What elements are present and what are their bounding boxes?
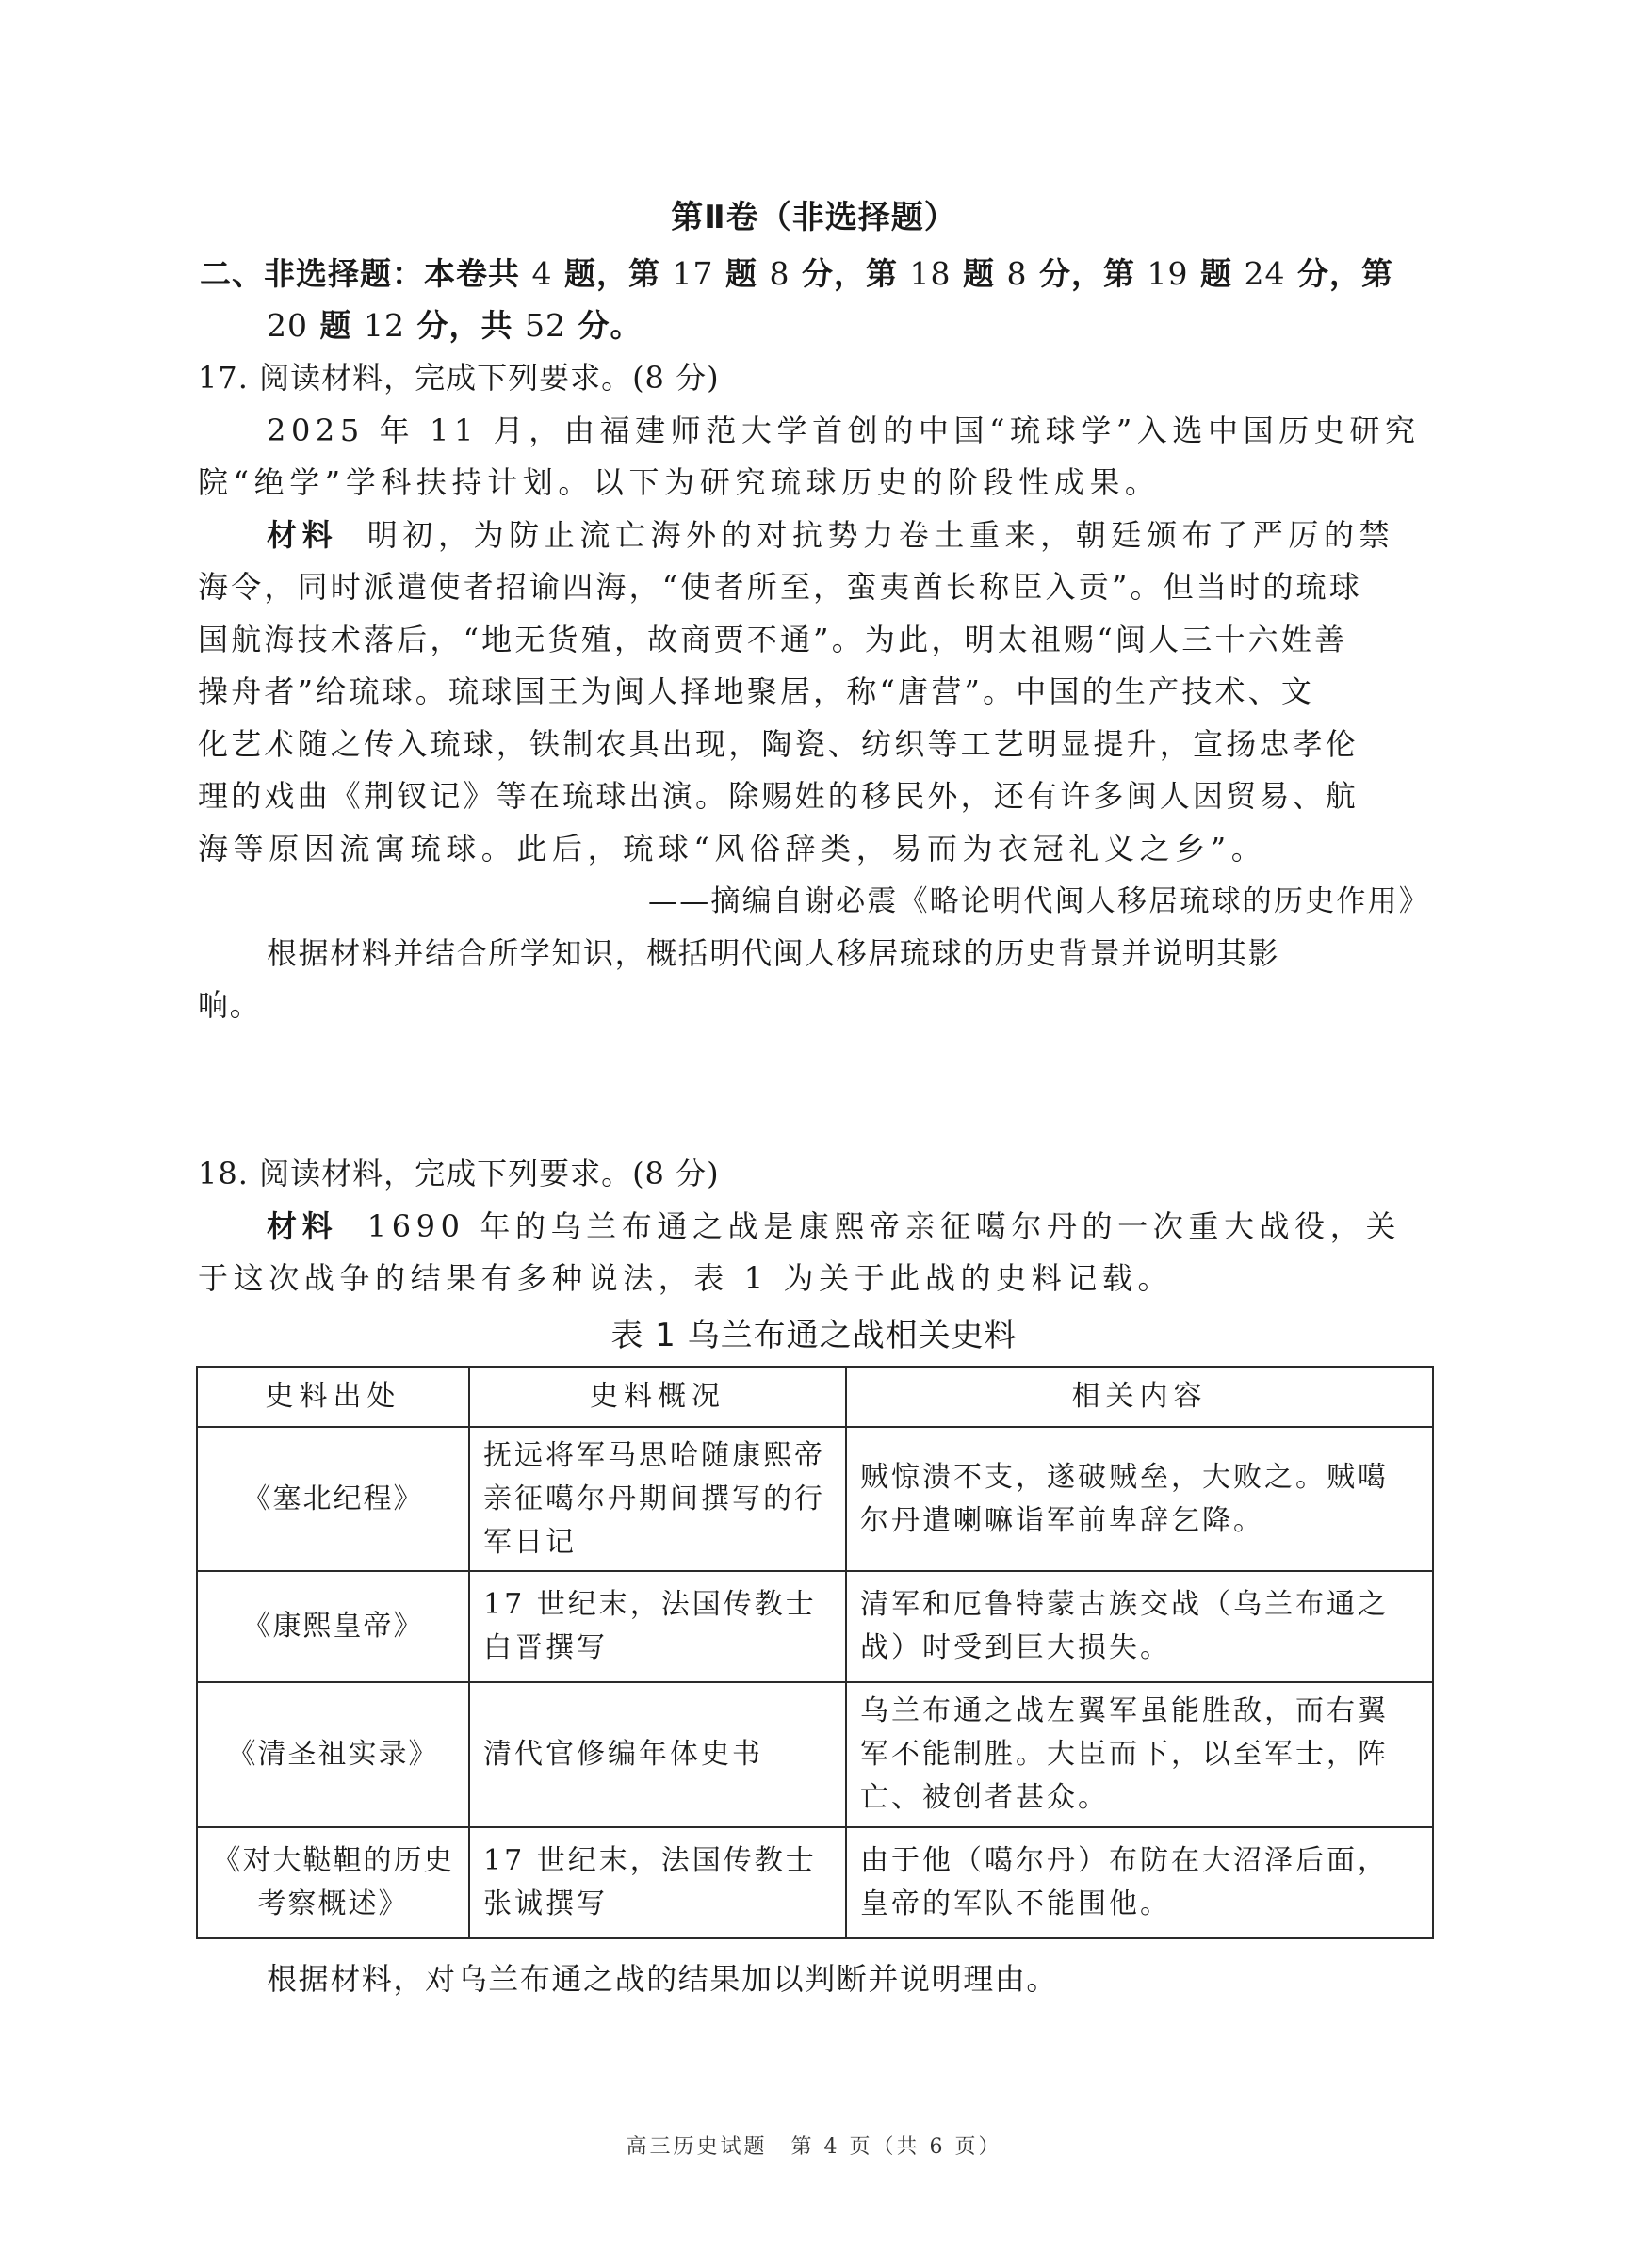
table-title: 表 1 乌兰布通之战相关史料 — [0, 1309, 1628, 1355]
instr-text: 二、非选择题：本卷共 — [200, 255, 520, 292]
section-title: 第Ⅱ卷（非选择题） — [0, 191, 1628, 237]
instr-text: 分，第 — [1297, 255, 1393, 292]
instr-number: 24 — [1245, 255, 1286, 292]
q17-prompt-line: 根据材料并结合所学知识，概括明代闽人移居琉球的历史背景并说明其影 — [267, 930, 1279, 973]
cell-overview: 清代官修编年体史书 — [469, 1682, 846, 1827]
historical-sources-table: 史料出处 史料概况 相关内容 《塞北纪程》 抚远将军马思哈随康熙帝亲征噶尔丹期间… — [196, 1366, 1434, 1939]
q17-material-line: 海令，同时派遣使者招谕四海，“使者所至，蛮夷酋长称臣入贡”。但当时的琉球 — [198, 563, 1362, 607]
instr-text: 分，第 — [802, 255, 898, 292]
material-label: 材料 — [267, 517, 337, 553]
q18-header: 18. 阅读材料，完成下列要求。(8 分) — [198, 1150, 720, 1193]
cell-content: 贼惊溃不支，遂破贼垒，大败之。贼噶尔丹遣喇嘛诣军前卑辞乞降。 — [846, 1427, 1433, 1571]
exam-page: 第Ⅱ卷（非选择题） 二、非选择题：本卷共 4 题，第 17 题 8 分，第 18… — [0, 0, 1628, 2268]
cell-content: 乌兰布通之战左翼军虽能胜敌，而右翼军不能制胜。大臣而下，以至军士，阵亡、被创者甚… — [846, 1682, 1433, 1827]
cell-overview: 17 世纪末，法国传教士白晋撰写 — [469, 1571, 846, 1682]
instr-text: 题 — [963, 255, 995, 292]
instr-text: 分，共 — [417, 307, 513, 344]
instr-number: 4 — [532, 255, 553, 292]
q17-material-line: 理的戏曲《荆钗记》等在琉球出演。除赐姓的移民外，还有许多闽人因贸易、航 — [198, 772, 1359, 816]
q17-intro-line: 院“绝学”学科扶持计划。以下为研究琉球历史的阶段性成果。 — [198, 459, 1161, 502]
page-footer: 高三历史试题 第 4 页（共 6 页） — [0, 2130, 1628, 2160]
instr-number: 18 — [910, 255, 952, 292]
cell-source: 《对大鞑靼的历史考察概述》 — [197, 1827, 469, 1938]
instr-text: 题 — [725, 255, 757, 292]
cell-source: 《康熙皇帝》 — [197, 1571, 469, 1682]
q17-prompt-line: 响。 — [198, 981, 261, 1025]
header-overview: 史料概况 — [469, 1367, 846, 1427]
q17-material-line: 国航海技术落后，“地无货殖，故商贾不通”。为此，明太祖赐“闽人三十六姓善 — [198, 616, 1347, 659]
cell-overview: 抚远将军马思哈随康熙帝亲征噶尔丹期间撰写的行军日记 — [469, 1427, 846, 1571]
q17-header: 17. 阅读材料，完成下列要求。(8 分) — [198, 354, 720, 397]
instr-text: 分，第 — [1039, 255, 1135, 292]
table-row: 《康熙皇帝》 17 世纪末，法国传教士白晋撰写 清军和厄鲁特蒙古族交战（乌兰布通… — [197, 1571, 1433, 1682]
cell-overview: 17 世纪末，法国传教士张诚撰写 — [469, 1827, 846, 1938]
instr-number: 8 — [770, 255, 790, 292]
instructions-line-2: 20 题 12 分，共 52 分。 — [267, 301, 643, 346]
instr-text: 题，第 — [564, 255, 660, 292]
instr-text: 题 — [320, 307, 352, 344]
instr-number: 19 — [1148, 255, 1189, 292]
cell-source: 《塞北纪程》 — [197, 1427, 469, 1571]
table-row: 《塞北纪程》 抚远将军马思哈随康熙帝亲征噶尔丹期间撰写的行军日记 贼惊溃不支，遂… — [197, 1427, 1433, 1571]
q17-material-line: 海等原因流寓琉球。此后，琉球“风俗辞类，易而为衣冠礼义之乡”。 — [198, 825, 1266, 868]
q18-prompt: 根据材料，对乌兰布通之战的结果加以判断并说明理由。 — [267, 1955, 1058, 1999]
instr-number: 52 — [525, 307, 566, 344]
q17-source-citation: ——摘编自谢必震《略论明代闽人移居琉球的历史作用》 — [648, 877, 1430, 919]
instr-text: 题 — [1200, 255, 1232, 292]
cell-source: 《清圣祖实录》 — [197, 1682, 469, 1827]
instr-number: 17 — [673, 255, 714, 292]
table-row: 《清圣祖实录》 清代官修编年体史书 乌兰布通之战左翼军虽能胜敌，而右翼军不能制胜… — [197, 1682, 1433, 1827]
q17-intro-line: 2025 年 11 月，由福建师范大学首创的中国“琉球学”入选中国历史研究 — [267, 407, 1421, 450]
instructions-line-1: 二、非选择题：本卷共 4 题，第 17 题 8 分，第 18 题 8 分，第 1… — [200, 250, 1393, 294]
table-header-row: 史料出处 史料概况 相关内容 — [197, 1367, 1433, 1427]
material-label: 材料 — [267, 1208, 337, 1244]
q18-material-line: 于这次战争的结果有多种说法，表 1 为关于此战的史料记载。 — [198, 1255, 1173, 1298]
material-text: 明初，为防止流亡海外的对抗势力卷土重来，朝廷颁布了严厉的禁 — [367, 517, 1394, 553]
instr-text: 分。 — [578, 307, 643, 344]
instr-number: 20 — [267, 307, 308, 344]
q17-material-line: 材料 明初，为防止流亡海外的对抗势力卷土重来，朝廷颁布了严厉的禁 — [267, 511, 1394, 555]
table-row: 《对大鞑靼的历史考察概述》 17 世纪末，法国传教士张诚撰写 由于他（噶尔丹）布… — [197, 1827, 1433, 1938]
q18-material-line: 材料 1690 年的乌兰布通之战是康熙帝亲征噶尔丹的一次重大战役，关 — [267, 1203, 1401, 1246]
instr-number: 12 — [364, 307, 405, 344]
material-text: 1690 年的乌兰布通之战是康熙帝亲征噶尔丹的一次重大战役，关 — [367, 1208, 1401, 1244]
header-source: 史料出处 — [197, 1367, 469, 1427]
q17-material-line: 操舟者”给琉球。琉球国王为闽人择地聚居，称“唐营”。中国的生产技术、文 — [198, 668, 1314, 711]
header-content: 相关内容 — [846, 1367, 1433, 1427]
instr-number: 8 — [1007, 255, 1028, 292]
q17-material-line: 化艺术随之传入琉球，铁制农具出现，陶瓷、纺织等工艺明显提升，宣扬忠孝伦 — [198, 721, 1359, 764]
cell-content: 由于他（噶尔丹）布防在大沼泽后面，皇帝的军队不能围他。 — [846, 1827, 1433, 1938]
cell-content: 清军和厄鲁特蒙古族交战（乌兰布通之战）时受到巨大损失。 — [846, 1571, 1433, 1682]
